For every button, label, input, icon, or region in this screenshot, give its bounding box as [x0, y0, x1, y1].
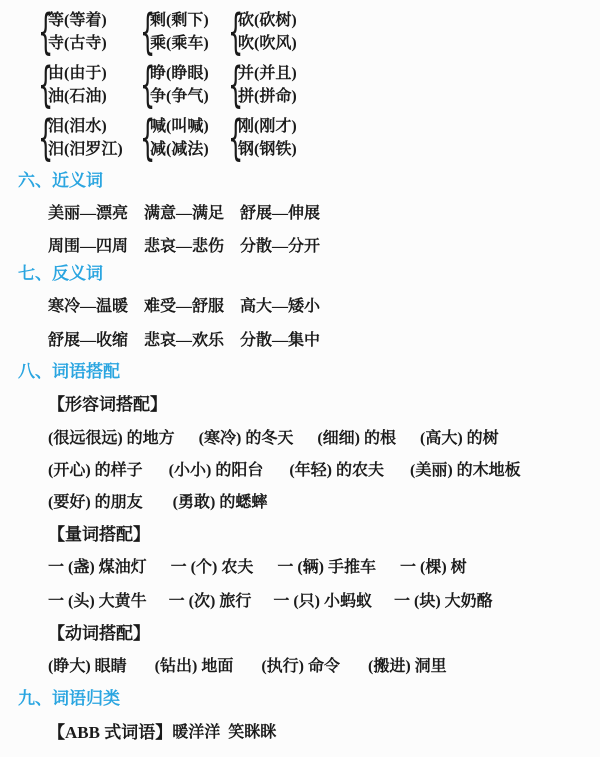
char-pair-lines: 由(由于) 油(石油) — [48, 62, 107, 108]
subsection-label-verb: 【动词搭配】 — [48, 623, 150, 645]
char-pair-bottom: 乘(乘车) — [150, 32, 209, 55]
collocation-item: (勇敢) 的蟋蟀 — [173, 492, 268, 514]
char-pair-lines: 砍(砍树) 吹(吹风) — [238, 9, 297, 55]
char-pair-row-2: { 由(由于) 油(石油) { 睁(睁眼) 争(争气) { 并(并且) 拼(拼命… — [38, 61, 297, 109]
char-pair-bottom: 拼(拼命) — [238, 85, 297, 108]
collocation-item: (寒冷) 的冬天 — [199, 428, 294, 450]
word-pair: 分散—分开 — [240, 236, 320, 258]
verb-row-1: (睁大) 眼睛 (钻出) 地面 (执行) 命令 (搬进) 洞里 — [48, 656, 447, 678]
left-brace-icon: { — [38, 8, 45, 56]
char-pair-group: { 砍(砍树) 吹(吹风) — [228, 8, 297, 56]
char-pair-top: 睁(睁眼) — [150, 62, 209, 85]
collocation-item: (很远很远) 的地方 — [48, 428, 175, 450]
document-page: { 等(等着) 寺(古寺) { 剩(剩下) 乘(乘车) { 砍(砍树) 吹(吹风… — [0, 0, 600, 757]
word-pair: 高大—矮小 — [240, 296, 320, 318]
char-pair-row-1: { 等(等着) 寺(古寺) { 剩(剩下) 乘(乘车) { 砍(砍树) 吹(吹风… — [38, 8, 297, 56]
char-pair-group: { 由(由于) 油(石油) — [38, 61, 140, 109]
collocation-item: (细细) 的根 — [317, 428, 396, 450]
antonym-row-2: 舒展—收缩 悲哀—欢乐 分散—集中 — [48, 330, 320, 352]
collocation-item: (开心) 的样子 — [48, 460, 143, 482]
word-pair: 舒展—伸展 — [240, 203, 320, 225]
word-pair: 悲哀—欢乐 — [144, 330, 224, 352]
char-pair-top: 等(等着) — [48, 9, 107, 32]
word-pair: 分散—集中 — [240, 330, 320, 352]
left-brace-icon: { — [228, 8, 235, 56]
char-pair-group: { 剩(剩下) 乘(乘车) — [140, 8, 228, 56]
word-pair: 满意—满足 — [144, 203, 224, 225]
subsection-label: 【量词搭配】 — [48, 524, 150, 546]
abb-label: 【ABB 式词语】 — [48, 722, 172, 744]
subsection-label: 【形容词搭配】 — [48, 394, 167, 416]
section-heading-synonyms: 六、近义词 — [18, 171, 103, 191]
char-pair-top: 喊(叫喊) — [150, 115, 209, 138]
word-pair: 悲哀—悲伤 — [144, 236, 224, 258]
word-pair: 舒展—收缩 — [48, 330, 128, 352]
left-brace-icon: { — [38, 61, 45, 109]
char-pair-lines: 睁(睁眼) 争(争气) — [150, 62, 209, 108]
word-pair: 寒冷—温暖 — [48, 296, 128, 318]
synonym-row-1: 美丽—漂亮 满意—满足 舒展—伸展 — [48, 203, 320, 225]
section-heading-collocations: 八、词语搭配 — [18, 362, 120, 382]
antonym-row-1: 寒冷—温暖 难受—舒服 高大—矮小 — [48, 296, 320, 318]
adjective-row-1: (很远很远) 的地方 (寒冷) 的冬天 (细细) 的根 (高大) 的树 — [48, 428, 499, 450]
left-brace-icon: { — [228, 114, 235, 162]
subsection-label: 【动词搭配】 — [48, 623, 150, 645]
collocation-item: 一 (盏) 煤油灯 — [48, 557, 147, 579]
char-pair-lines: 等(等着) 寺(古寺) — [48, 9, 107, 55]
collocation-item: (美丽) 的木地板 — [410, 460, 521, 482]
left-brace-icon: { — [140, 114, 147, 162]
section-heading-antonyms: 七、反义词 — [18, 264, 103, 284]
collocation-item: (高大) 的树 — [420, 428, 499, 450]
char-pair-lines: 喊(叫喊) 减(减法) — [150, 115, 209, 161]
char-pair-group: { 睁(睁眼) 争(争气) — [140, 61, 228, 109]
word-pair: 难受—舒服 — [144, 296, 224, 318]
char-pair-bottom: 吹(吹风) — [238, 32, 297, 55]
char-pair-lines: 剩(剩下) 乘(乘车) — [150, 9, 209, 55]
char-pair-bottom: 钢(钢铁) — [238, 138, 297, 161]
left-brace-icon: { — [140, 61, 147, 109]
left-brace-icon: { — [38, 114, 45, 162]
measure-row-1: 一 (盏) 煤油灯 一 (个) 农夫 一 (辆) 手推车 一 (棵) 树 — [48, 557, 467, 579]
subsection-label-measure: 【量词搭配】 — [48, 524, 150, 546]
char-pair-lines: 泪(泪水) 汨(汨罗江) — [48, 115, 123, 161]
left-brace-icon: { — [140, 8, 147, 56]
section-heading-categorize: 九、词语归类 — [18, 689, 120, 709]
adjective-row-3: (要好) 的朋友 (勇敢) 的蟋蟀 — [48, 492, 267, 514]
collocation-item: 一 (头) 大黄牛 — [48, 591, 147, 613]
abb-words-line: 【ABB 式词语】 暖洋洋 笑眯眯 — [48, 722, 276, 744]
char-pair-bottom: 寺(古寺) — [48, 32, 107, 55]
char-pair-group: { 刚(刚才) 钢(钢铁) — [228, 114, 297, 162]
char-pair-top: 砍(砍树) — [238, 9, 297, 32]
char-pair-bottom: 汨(汨罗江) — [48, 138, 123, 161]
char-pair-group: { 泪(泪水) 汨(汨罗江) — [38, 114, 140, 162]
char-pair-top: 由(由于) — [48, 62, 107, 85]
collocation-item: 一 (个) 农夫 — [171, 557, 254, 579]
collocation-item: (搬进) 洞里 — [368, 656, 447, 678]
char-pair-top: 泪(泪水) — [48, 115, 123, 138]
collocation-item: (小小) 的阳台 — [169, 460, 264, 482]
collocation-item: (年轻) 的农夫 — [289, 460, 384, 482]
collocation-item: (要好) 的朋友 — [48, 492, 143, 514]
char-pair-lines: 并(并且) 拼(拼命) — [238, 62, 297, 108]
word-pair: 周围—四周 — [48, 236, 128, 258]
collocation-item: 一 (只) 小蚂蚁 — [273, 591, 372, 613]
collocation-item: 一 (次) 旅行 — [169, 591, 252, 613]
abb-words: 暖洋洋 笑眯眯 — [172, 722, 276, 744]
char-pair-group: { 喊(叫喊) 减(减法) — [140, 114, 228, 162]
char-pair-row-3: { 泪(泪水) 汨(汨罗江) { 喊(叫喊) 减(减法) { 刚(刚才) 钢(钢… — [38, 114, 297, 162]
adjective-row-2: (开心) 的样子 (小小) 的阳台 (年轻) 的农夫 (美丽) 的木地板 — [48, 460, 521, 482]
char-pair-top: 并(并且) — [238, 62, 297, 85]
char-pair-bottom: 争(争气) — [150, 85, 209, 108]
word-pair: 美丽—漂亮 — [48, 203, 128, 225]
collocation-item: 一 (棵) 树 — [400, 557, 467, 579]
char-pair-group: { 并(并且) 拼(拼命) — [228, 61, 297, 109]
collocation-item: (睁大) 眼睛 — [48, 656, 127, 678]
char-pair-group: { 等(等着) 寺(古寺) — [38, 8, 140, 56]
collocation-item: 一 (辆) 手推车 — [277, 557, 376, 579]
char-pair-top: 剩(剩下) — [150, 9, 209, 32]
synonym-row-2: 周围—四周 悲哀—悲伤 分散—分开 — [48, 236, 320, 258]
char-pair-top: 刚(刚才) — [238, 115, 297, 138]
char-pair-bottom: 油(石油) — [48, 85, 107, 108]
left-brace-icon: { — [228, 61, 235, 109]
subsection-label-adjective: 【形容词搭配】 — [48, 394, 167, 416]
measure-row-2: 一 (头) 大黄牛 一 (次) 旅行 一 (只) 小蚂蚁 一 (块) 大奶酪 — [48, 591, 493, 613]
char-pair-bottom: 减(减法) — [150, 138, 209, 161]
collocation-item: 一 (块) 大奶酪 — [394, 591, 493, 613]
collocation-item: (钻出) 地面 — [155, 656, 234, 678]
collocation-item: (执行) 命令 — [261, 656, 340, 678]
char-pair-lines: 刚(刚才) 钢(钢铁) — [238, 115, 297, 161]
